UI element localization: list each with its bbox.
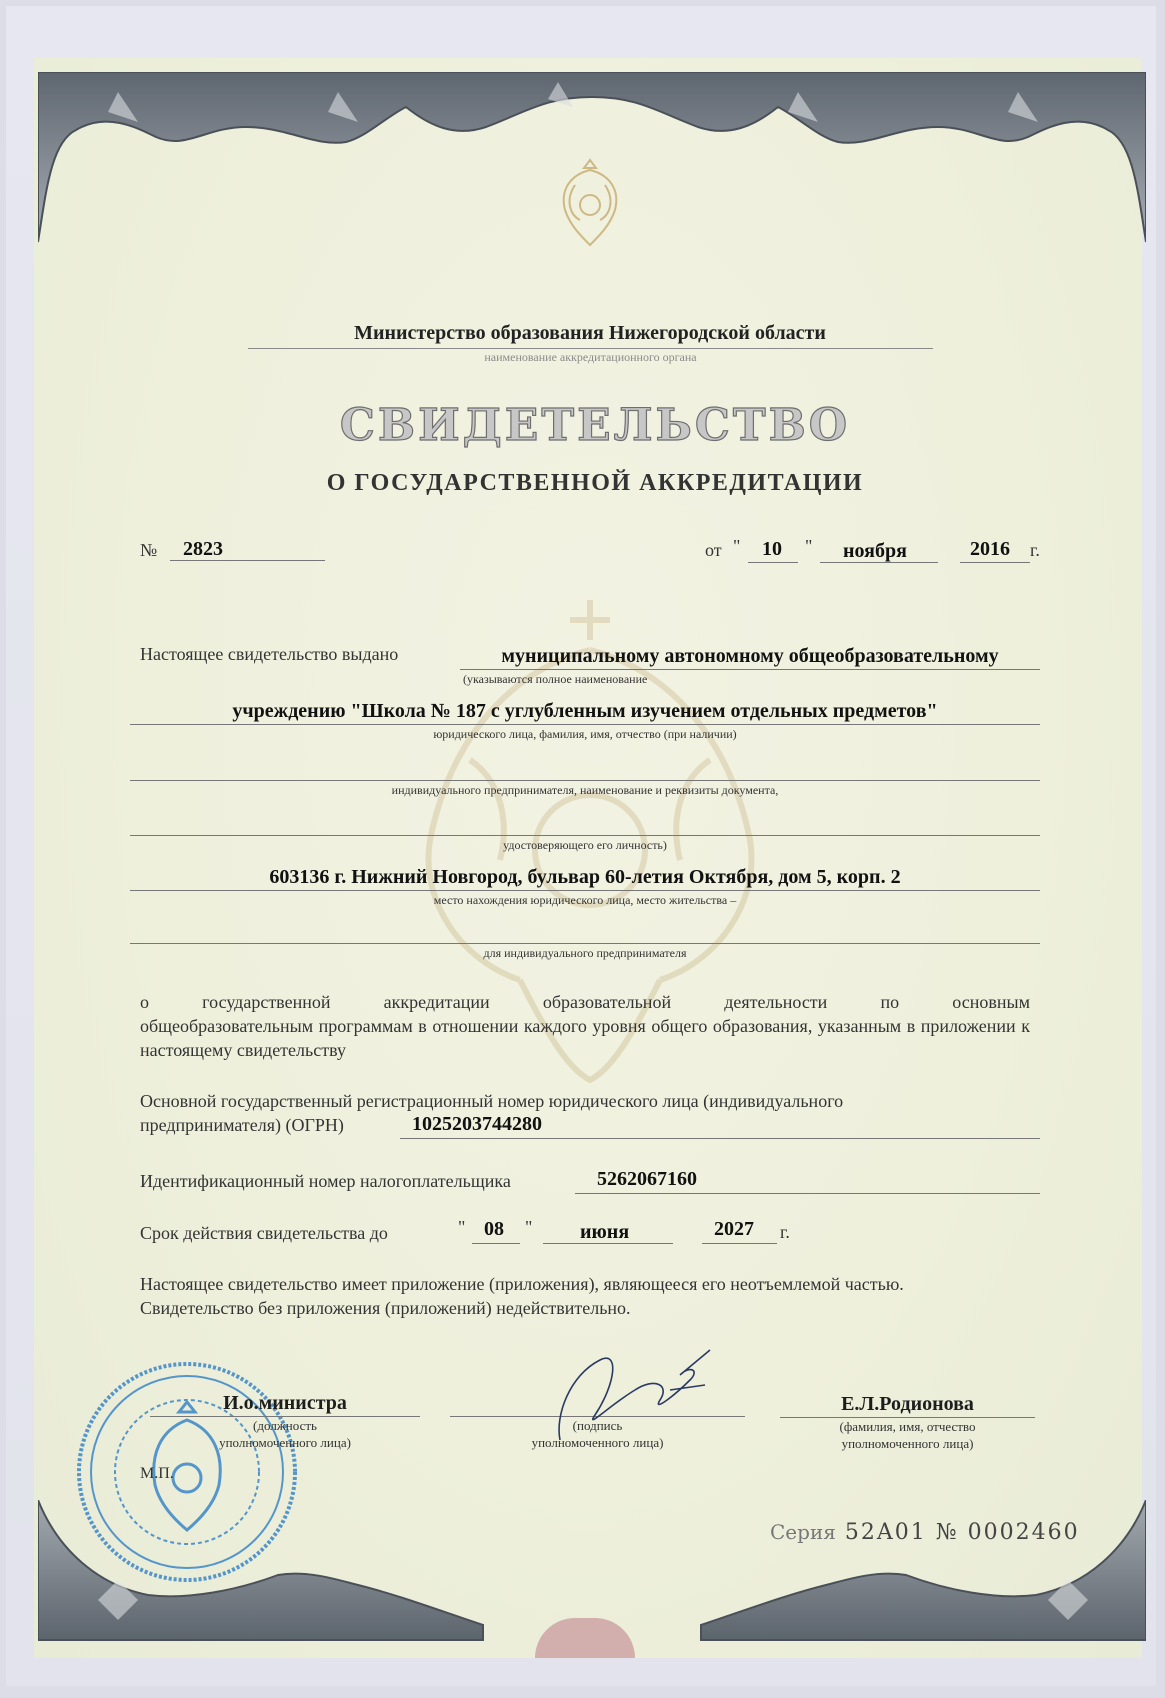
issued-to-line3 xyxy=(130,780,1040,781)
inn-value: 5262067160 xyxy=(597,1168,697,1191)
valid-year-underline xyxy=(702,1243,777,1244)
ogrn-label-line2: предпринимателя) (ОГРН) xyxy=(140,1113,344,1137)
inn-label: Идентификационный номер налогоплательщик… xyxy=(140,1169,511,1193)
date-quote-close: " xyxy=(805,536,812,557)
address-underline xyxy=(130,890,1040,891)
valid-quote-open: " xyxy=(458,1217,465,1238)
issued-to-label: Настоящее свидетельство выдано xyxy=(140,644,398,665)
issued-to-line1-underline xyxy=(460,669,1040,670)
valid-year: 2027 xyxy=(714,1218,754,1241)
issue-month: ноября xyxy=(843,540,907,563)
signatory-name: Е.Л.Родионова xyxy=(780,1393,1035,1416)
date-year-suffix: г. xyxy=(1030,540,1040,561)
valid-until-label: Срок действия свидетельства до xyxy=(140,1221,388,1245)
document-title: СВИДЕТЕЛЬСТВО xyxy=(200,400,990,451)
accreditation-text-line1: о государственной аккредитации образоват… xyxy=(140,990,1030,1014)
address-caption1: место нахождения юридического лица, мест… xyxy=(130,893,1040,908)
position-underline xyxy=(150,1416,420,1417)
address-caption2: для индивидуального предпринимателя xyxy=(130,946,1040,961)
valid-year-suffix: г. xyxy=(780,1222,790,1243)
name-caption-1: (фамилия, имя, отчество xyxy=(780,1419,1035,1435)
issue-year: 2016 xyxy=(970,538,1010,561)
name-caption-2: уполномоченного лица) xyxy=(780,1436,1035,1452)
issued-to-line1: муниципальному автономному общеобразоват… xyxy=(460,645,1040,668)
ogrn-value: 1025203744280 xyxy=(412,1113,542,1136)
issued-to-caption2: юридического лица, фамилия, имя, отчеств… xyxy=(130,727,1040,742)
position-caption-1: (должность xyxy=(150,1418,420,1434)
date-day-underline xyxy=(748,562,798,563)
position-caption-2: уполномоченного лица) xyxy=(150,1435,420,1451)
signature-caption-1: (подпись xyxy=(450,1418,745,1434)
number-label: № xyxy=(140,540,157,561)
organization-address: 603136 г. Нижний Новгород, бульвар 60-ле… xyxy=(130,866,1040,889)
valid-quote-close: " xyxy=(525,1217,532,1238)
signatory-position: И.о.министра xyxy=(150,1392,420,1415)
valid-month: июня xyxy=(580,1221,629,1244)
issuing-authority: Министерство образования Нижегородской о… xyxy=(240,322,940,345)
certificate-number: 2823 xyxy=(183,538,223,561)
name-underline xyxy=(780,1417,1035,1418)
inn-underline xyxy=(575,1193,1040,1194)
signature-caption-2: уполномоченного лица) xyxy=(450,1435,745,1451)
ogrn-label-line1: Основной государственный регистрационный… xyxy=(140,1089,1040,1113)
issued-to-caption1: (указываются полное наименование xyxy=(460,672,763,687)
issuing-authority-underline xyxy=(248,348,933,349)
date-year-underline xyxy=(960,562,1030,563)
appendix-note: Настоящее свидетельство имеет приложение… xyxy=(140,1272,985,1320)
valid-day: 08 xyxy=(484,1218,504,1241)
date-from-label: от xyxy=(705,540,722,561)
issue-day: 10 xyxy=(762,538,782,561)
issued-to-caption3: индивидуального предпринимателя, наимено… xyxy=(130,783,1040,798)
coat-of-arms-icon xyxy=(550,150,630,260)
date-quote-open: " xyxy=(733,536,740,557)
issued-to-line2-underline xyxy=(130,724,1040,725)
issuing-authority-caption: наименование аккредитационного органа xyxy=(248,350,933,365)
valid-day-underline xyxy=(472,1243,520,1244)
stamp-place-label: М.П. xyxy=(140,1465,174,1483)
document-subtitle: О ГОСУДАРСТВЕННОЙ АККРЕДИТАЦИИ xyxy=(200,470,990,497)
accreditation-text-rest: общеобразовательным программам в отношен… xyxy=(140,1014,1030,1062)
address-line2 xyxy=(130,943,1040,944)
issued-to-caption4: удостоверяющего его личность) xyxy=(130,838,1040,853)
issued-to-line4 xyxy=(130,835,1040,836)
ogrn-underline xyxy=(400,1138,1040,1139)
organization-name: учреждению "Школа № 187 с углубленным из… xyxy=(130,700,1040,723)
